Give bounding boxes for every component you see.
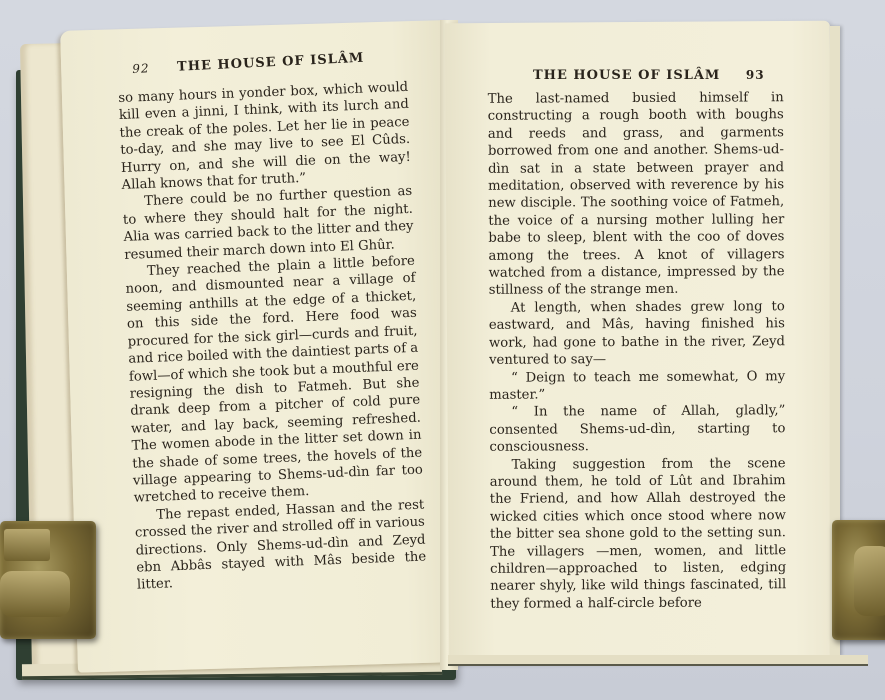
right-head-title: THE HOUSE OF ISLÂM — [533, 68, 720, 83]
paragraph: They reached the plain a little before n… — [125, 253, 424, 508]
paragraph: The last-named busied himself in constru… — [488, 89, 785, 299]
paragraph: “ Deign to teach me somewhat, O my maste… — [489, 368, 785, 404]
paragraph: so many hours in yonder box, which would… — [118, 79, 412, 194]
brass-page-clip-left — [0, 521, 96, 639]
paragraph: At length, when shades grew long to east… — [489, 298, 785, 369]
clip-star-relief — [4, 529, 50, 561]
clip-hand-relief — [854, 546, 885, 616]
right-bottom-edge — [448, 655, 868, 666]
paragraph: The repast ended, Hassan and the rest cr… — [134, 496, 427, 594]
left-page-text: so many hours in yonder box, which would… — [118, 79, 427, 595]
paragraph: “ In the name of Allah, gladly,” consent… — [489, 403, 785, 457]
right-page-number: 93 — [746, 68, 765, 82]
left-page-number: 92 — [132, 61, 150, 76]
paragraph: Taking suggestion from the scene around … — [490, 455, 787, 613]
right-page-text: The last-named busied himself in constru… — [488, 89, 787, 613]
clip-hand-relief — [0, 571, 70, 617]
paragraph: There could be no further question as to… — [122, 183, 414, 264]
right-running-head: THE HOUSE OF ISLÂM 93 — [533, 68, 773, 83]
brass-page-clip-right — [832, 520, 885, 640]
